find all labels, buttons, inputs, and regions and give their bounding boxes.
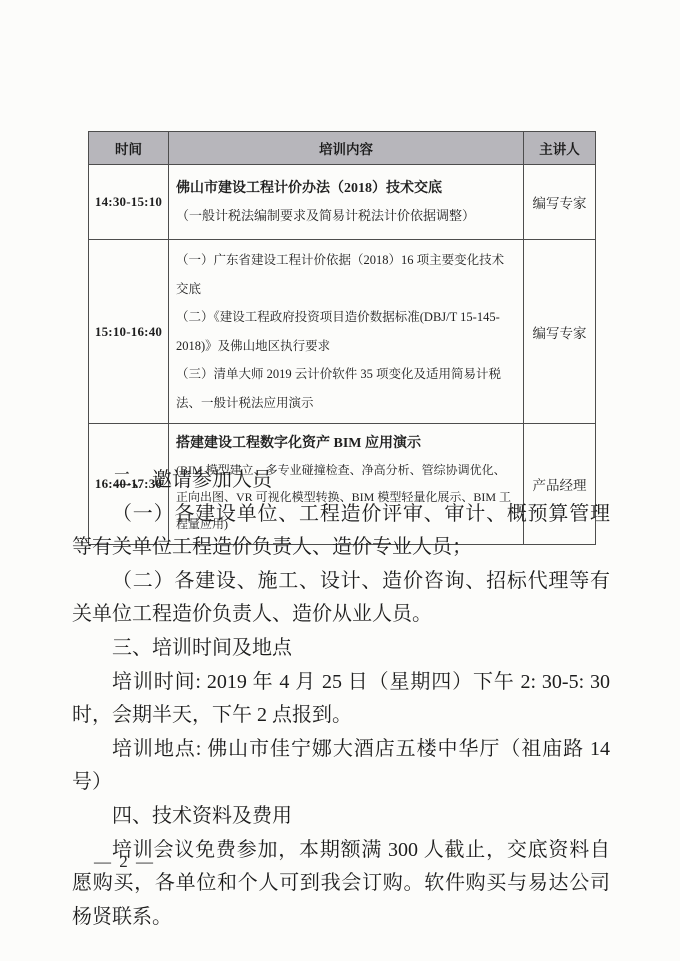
- session-content: 佛山市建设工程计价办法（2018）技术交底 （一般计税法编制要求及简易计税法计价…: [169, 165, 524, 240]
- document-page: 时间 培训内容 主讲人 14:30-15:10 佛山市建设工程计价办法（2018…: [0, 0, 680, 961]
- page-number: — 2 —: [94, 852, 155, 872]
- section-heading-time-location: 三、培训时间及地点: [72, 632, 610, 666]
- session-topic-item: （二）《建设工程政府投资项目造价数据标准(DBJ/T 15-145-2018)》…: [176, 303, 516, 360]
- participants-item-2: （二）各建设、施工、设计、造价咨询、招标代理等有关单位工程造价负责人、造价从业人…: [72, 565, 610, 632]
- column-header-speaker: 主讲人: [524, 132, 596, 165]
- table-row: 14:30-15:10 佛山市建设工程计价办法（2018）技术交底 （一般计税法…: [89, 165, 596, 240]
- session-topic-item: （三）清单大师 2019 云计价软件 35 项变化及适用简易计税法、一般计税法应…: [176, 360, 516, 417]
- column-header-content: 培训内容: [169, 132, 524, 165]
- table-row: 15:10-16:40 （一）广东省建设工程计价依据（2018）16 项主要变化…: [89, 240, 596, 424]
- session-subtitle: （一般计税法编制要求及简易计税法计价依据调整）: [176, 202, 516, 229]
- fees-paragraph: 培训会议免费参加，本期额满 300 人截止，交底资料自愿购买，各单位和个人可到我…: [72, 834, 610, 935]
- session-speaker: 编写专家: [524, 165, 596, 240]
- table-header-row: 时间 培训内容 主讲人: [89, 132, 596, 165]
- section-heading-materials-fees: 四、技术资料及费用: [72, 800, 610, 834]
- column-header-time: 时间: [89, 132, 169, 165]
- session-time: 14:30-15:10: [89, 165, 169, 240]
- session-topic-item: （一）广东省建设工程计价依据（2018）16 项主要变化技术交底: [176, 246, 516, 303]
- participants-item-1: （一）各建设单位、工程造价评审、审计、概预算管理等有关单位工程造价负责人、造价专…: [72, 498, 610, 565]
- section-heading-participants: 二、邀请参加人员: [72, 464, 610, 498]
- session-time: 15:10-16:40: [89, 240, 169, 424]
- session-speaker: 编写专家: [524, 240, 596, 424]
- training-location-paragraph: 培训地点: 佛山市佳宁娜大酒店五楼中华厅（祖庙路 14 号）: [72, 733, 610, 800]
- session-content: （一）广东省建设工程计价依据（2018）16 项主要变化技术交底 （二）《建设工…: [169, 240, 524, 424]
- session-title: 搭建建设工程数字化资产 BIM 应用演示: [176, 430, 516, 457]
- session-title: 佛山市建设工程计价办法（2018）技术交底: [176, 175, 516, 202]
- training-time-paragraph: 培训时间: 2019 年 4 月 25 日（星期四）下午 2: 30-5: 30…: [72, 666, 610, 733]
